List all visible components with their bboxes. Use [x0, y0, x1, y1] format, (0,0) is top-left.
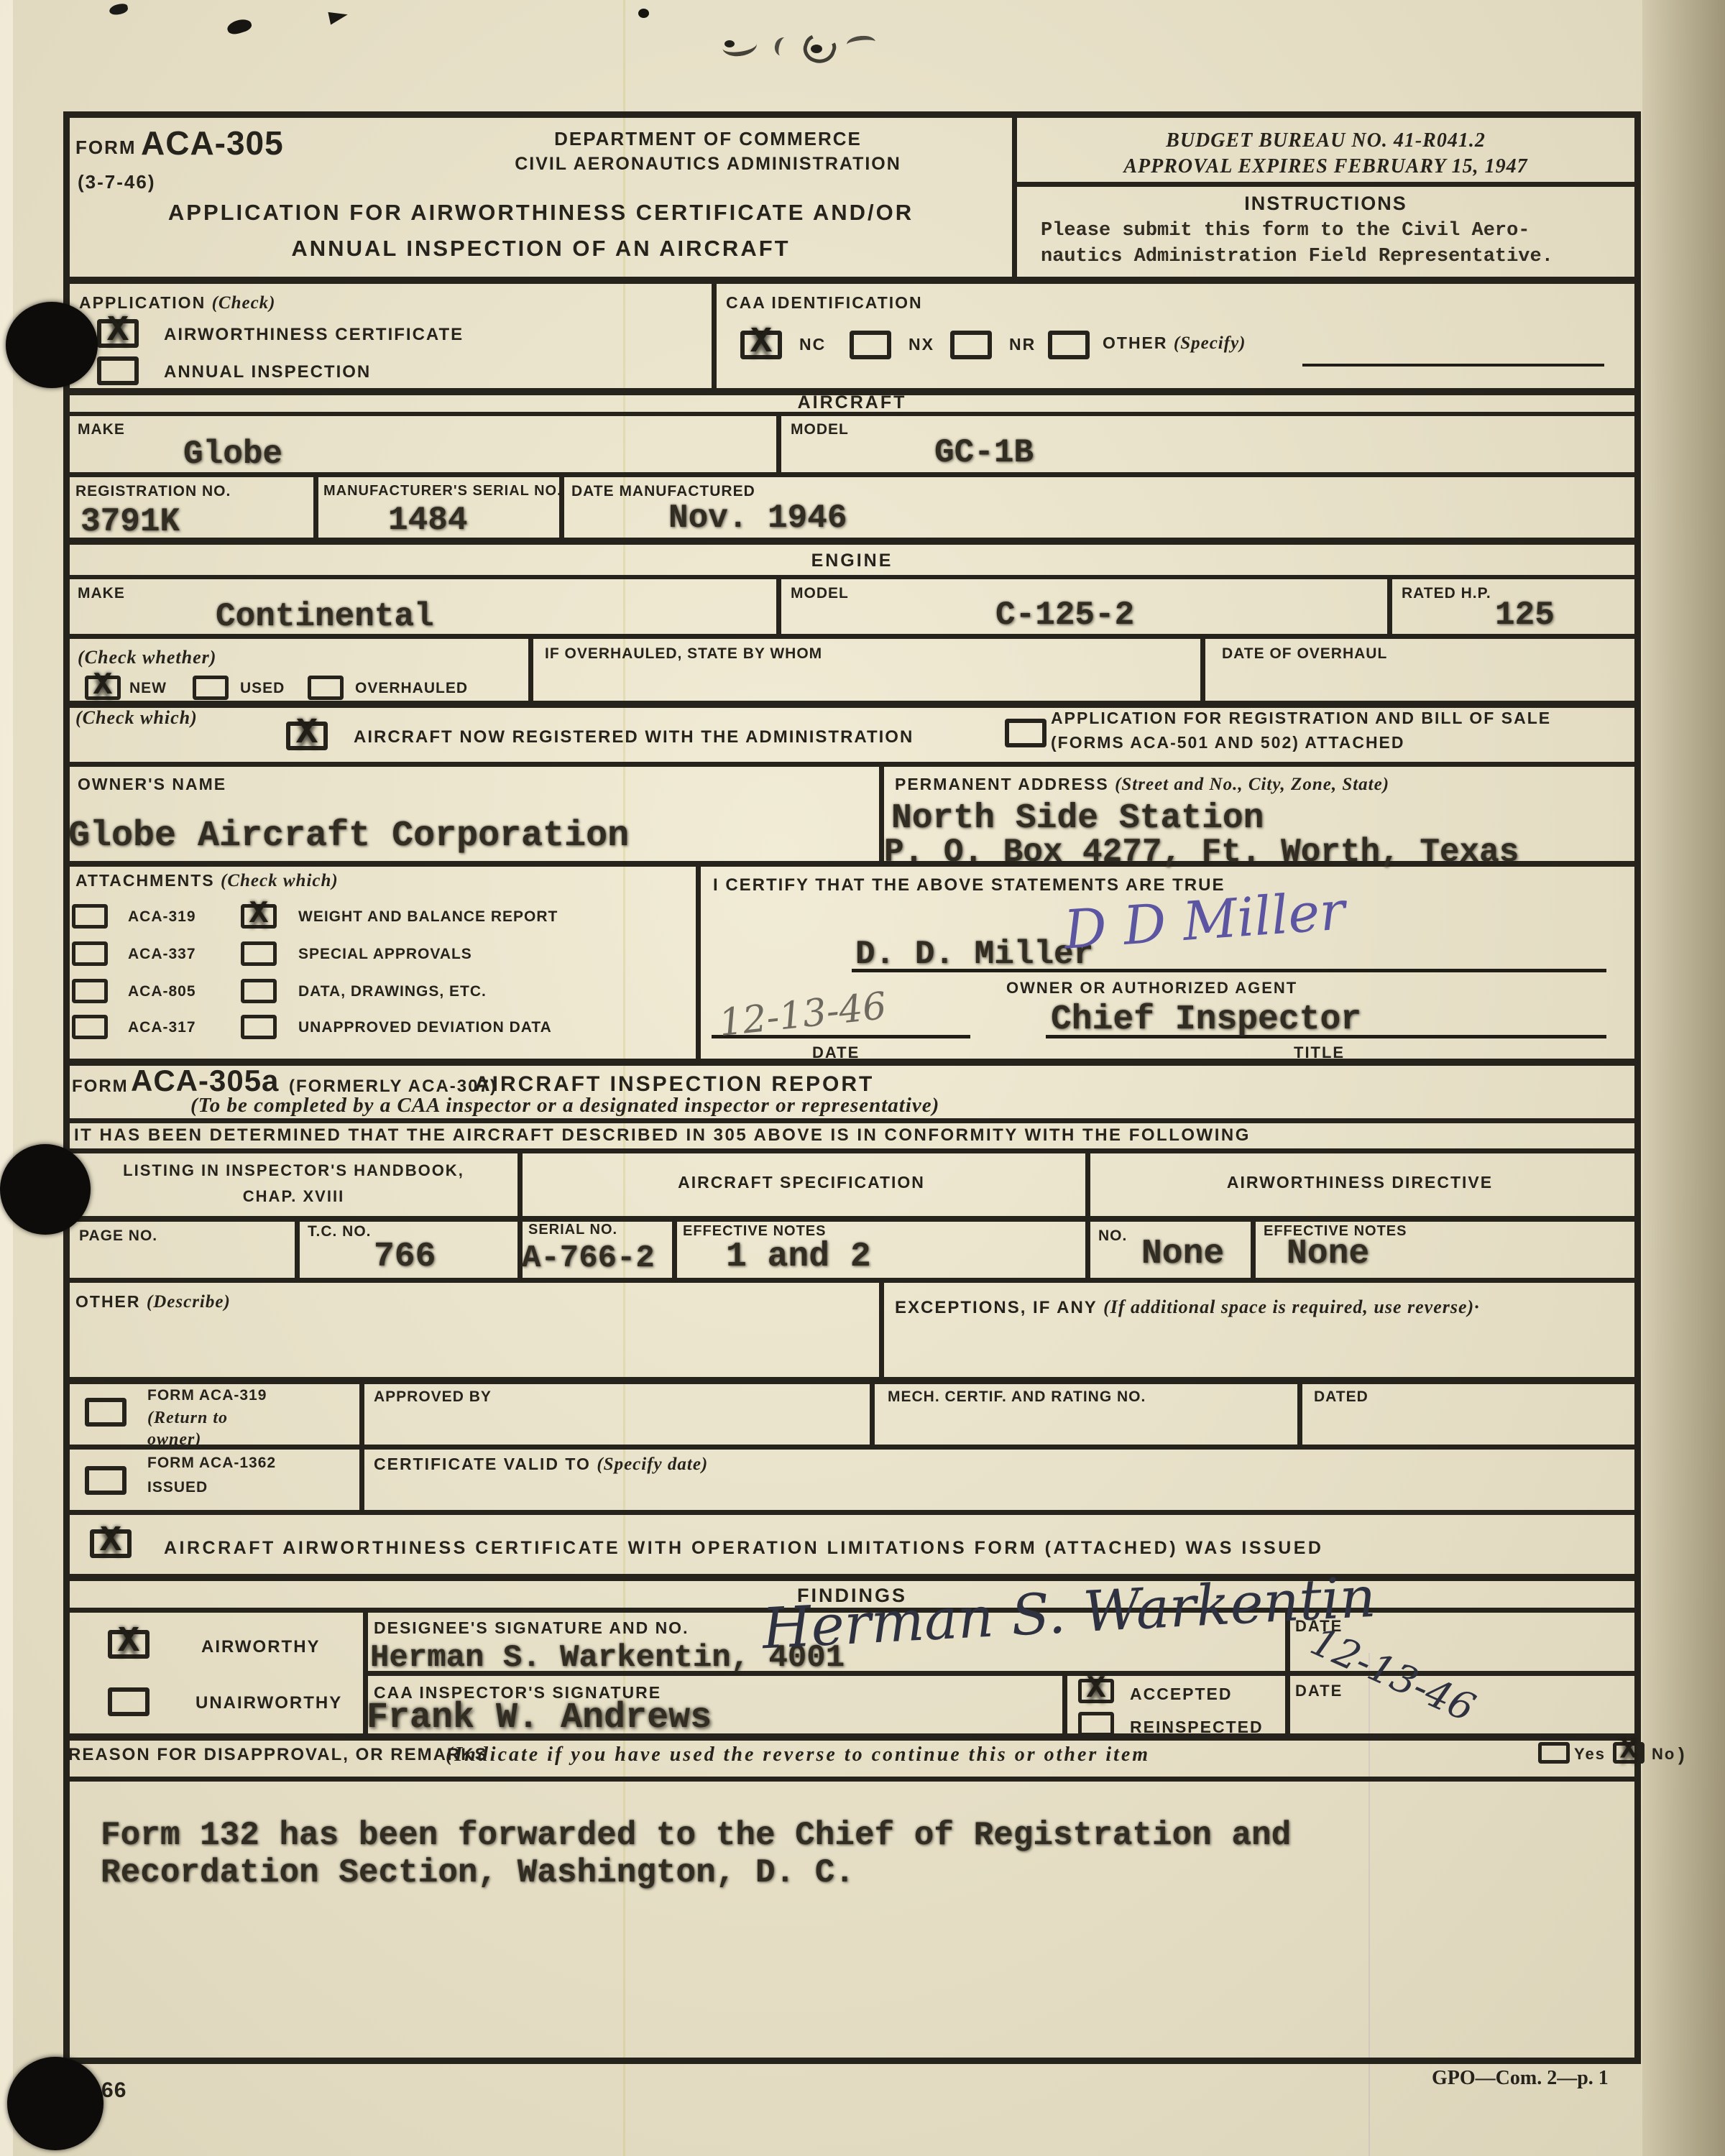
- rule: [879, 767, 884, 861]
- exceptions-italic: (If additional space is required, use re…: [1103, 1296, 1480, 1317]
- rule: [1200, 639, 1205, 701]
- rule: [70, 1118, 1634, 1123]
- approved-by-label: APPROVED BY: [374, 1388, 492, 1406]
- checkbox-nr[interactable]: [950, 331, 992, 359]
- check-mark-icon: X: [1620, 1735, 1637, 1767]
- cert-issued-label: AIRCRAFT AIRWORTHINESS CERTIFICATE WITH …: [164, 1538, 1323, 1559]
- bill-of-sale-label-line2: (FORMS ACA-501 AND 502) ATTACHED: [1051, 733, 1405, 752]
- tc-no-label: T.C. NO.: [308, 1223, 372, 1240]
- checkbox-engine-new[interactable]: X: [85, 676, 121, 700]
- checkbox-special-approvals[interactable]: [241, 941, 277, 966]
- other-label: OTHER (Specify): [1103, 333, 1246, 354]
- no-label: No: [1652, 1745, 1675, 1764]
- ink-dot: [724, 40, 735, 47]
- checkbox-aca-337[interactable]: [72, 941, 108, 966]
- accepted-label: ACCEPTED: [1130, 1685, 1233, 1704]
- rule: [70, 472, 1634, 477]
- form-aca-319-label: FORM ACA-319: [147, 1387, 267, 1404]
- 305a-form-word: FORM: [72, 1077, 129, 1097]
- rule: [70, 575, 1634, 579]
- checkbox-nc[interactable]: X: [740, 331, 782, 359]
- permanent-address-label-italic: (Street and No., City, Zone, State): [1115, 775, 1389, 794]
- checkbox-form-aca-1362[interactable]: [85, 1466, 126, 1495]
- engine-make-value[interactable]: Continental: [216, 598, 434, 635]
- page-title-line2: ANNUAL INSPECTION OF AN AIRCRAFT: [70, 236, 1012, 262]
- rule: [70, 538, 1634, 545]
- page-title-line1: APPLICATION FOR AIRWORTHINESS CERTIFICAT…: [70, 200, 1012, 226]
- hole-punch: [6, 302, 98, 388]
- listing-header-line1: LISTING IN INSPECTOR'S HANDBOOK,: [70, 1161, 517, 1180]
- checkbox-engine-used[interactable]: [193, 676, 229, 700]
- hole-punch: [7, 2057, 103, 2150]
- rule: [1251, 1222, 1256, 1278]
- check-mark-icon: X: [249, 896, 268, 932]
- form-number: ACA-305: [141, 124, 284, 162]
- certificate-valid-to-italic: (Specify date): [597, 1455, 708, 1474]
- aircraft-section-title: AIRCRAFT: [70, 392, 1634, 413]
- rule: [70, 277, 1634, 284]
- aircraft-model-label: MODEL: [791, 421, 849, 438]
- form-aca-1362-issued: ISSUED: [147, 1479, 208, 1496]
- rule: [70, 1278, 1634, 1283]
- ink-mark: [226, 17, 253, 37]
- checkbox-aircraft-registered[interactable]: X: [286, 722, 328, 750]
- dated-label: DATED: [1314, 1388, 1368, 1406]
- checkbox-aca-805[interactable]: [72, 979, 108, 1003]
- caa-identification-label: CAA IDENTIFICATION: [726, 293, 923, 313]
- mfr-serial-label: MANUFACTURER'S SERIAL NO.: [323, 483, 562, 499]
- check-mark-icon: X: [296, 713, 318, 754]
- engine-new-label: NEW: [129, 680, 167, 697]
- rule: [879, 1283, 884, 1377]
- serial-no-label: SERIAL NO.: [528, 1222, 617, 1238]
- engine-section-title: ENGINE: [70, 550, 1634, 571]
- exceptions-text: EXCEPTIONS, IF ANY: [895, 1298, 1097, 1317]
- rule: [776, 416, 781, 472]
- caa-inspector-signature-typed[interactable]: Frank W. Andrews: [367, 1697, 712, 1738]
- other-describe-italic: (Describe): [147, 1292, 231, 1312]
- check-mark-icon: X: [93, 668, 112, 704]
- checkbox-reinspected[interactable]: [1078, 1712, 1114, 1736]
- checkbox-nx[interactable]: [850, 331, 891, 359]
- findings-date2-label: DATE: [1295, 1682, 1343, 1700]
- instructions-title: INSTRUCTIONS: [1017, 193, 1634, 215]
- designee-signature-label: DESIGNEE'S SIGNATURE AND NO.: [374, 1618, 689, 1638]
- rule: [70, 1574, 1634, 1581]
- rated-hp-label: RATED H.P.: [1402, 585, 1491, 602]
- check-mark-icon: X: [1087, 1671, 1105, 1707]
- rule: [313, 477, 318, 538]
- application-label-italic: (Check): [212, 293, 276, 313]
- listing-header-line2: CHAP. XVIII: [70, 1187, 517, 1206]
- directive-no-value[interactable]: None: [1141, 1235, 1224, 1273]
- ink-dot: [811, 45, 822, 53]
- rule: [70, 1148, 1634, 1153]
- attachments-label-text: ATTACHMENTS: [75, 871, 215, 890]
- date-of-overhaul-label: DATE OF OVERHAUL: [1222, 645, 1387, 663]
- ink-arrow-mark: [328, 8, 349, 24]
- reason-label-italic: (Indicate if you have used the reverse t…: [446, 1743, 1150, 1766]
- other-describe-text: OTHER: [75, 1292, 141, 1311]
- budget-bureau-line1: BUDGET BUREAU NO. 41-R041.2: [1017, 129, 1634, 152]
- checkbox-unapproved-deviation[interactable]: [241, 1015, 277, 1039]
- aircraft-make-label: MAKE: [78, 421, 125, 438]
- nr-label: NR: [1009, 335, 1036, 354]
- owner-signature-typed: D. D. Miller: [855, 936, 1093, 973]
- rule: [696, 867, 701, 1059]
- page-no-label: PAGE NO.: [79, 1227, 157, 1245]
- special-approvals-label: SPECIAL APPROVALS: [298, 946, 472, 963]
- rule: [295, 1222, 300, 1278]
- checkbox-annual-inspection[interactable]: [97, 356, 139, 385]
- engine-overhauled-label: OVERHAULED: [355, 680, 468, 697]
- checkbox-aca-317[interactable]: [72, 1015, 108, 1039]
- checkbox-aca-319[interactable]: [72, 904, 108, 929]
- ink-mark: [109, 3, 129, 16]
- 305a-form-number: ACA-305a: [131, 1064, 279, 1098]
- owners-name-value[interactable]: Globe Aircraft Corporation: [68, 816, 629, 857]
- certify-statement: I CERTIFY THAT THE ABOVE STATEMENTS ARE …: [713, 875, 1225, 895]
- owner-or-agent-label: OWNER OR AUTHORIZED AGENT: [1006, 979, 1297, 998]
- instructions-line1: Please submit this form to the Civil Aer…: [1041, 220, 1530, 241]
- scanned-form-page: FORM ACA-305 (3-7-46) DEPARTMENT OF COMM…: [0, 0, 1725, 2156]
- rated-hp-value[interactable]: 125: [1495, 596, 1555, 634]
- permanent-address-label: PERMANENT ADDRESS (Street and No., City,…: [895, 775, 1389, 795]
- aircraft-specification-header: AIRCRAFT SPECIFICATION: [517, 1173, 1085, 1192]
- aca-317-label: ACA-317: [128, 1019, 196, 1036]
- rule: [70, 1216, 1634, 1222]
- rule: [1297, 1382, 1302, 1445]
- aca-805-label: ACA-805: [128, 983, 196, 1000]
- other-specify-line[interactable]: [1302, 364, 1604, 367]
- other-label-text: OTHER: [1103, 333, 1168, 352]
- check-mark-icon: X: [107, 310, 129, 351]
- airworthiness-certificate-label: AIRWORTHINESS CERTIFICATE: [164, 325, 464, 345]
- form-aca-319-return1: (Return to: [147, 1409, 228, 1428]
- rule: [70, 701, 1634, 708]
- rule: [528, 639, 533, 701]
- mfr-serial-value[interactable]: 1484: [388, 502, 467, 539]
- rule: [672, 1222, 677, 1278]
- checkbox-cert-issued[interactable]: X: [90, 1529, 132, 1558]
- check-mark-icon: X: [118, 1621, 139, 1662]
- certify-title-label: TITLE: [1294, 1044, 1345, 1062]
- check-mark-icon: X: [750, 322, 772, 363]
- data-drawings-label: DATA, DRAWINGS, ETC.: [298, 983, 487, 1000]
- budget-bureau-line2: APPROVAL EXPIRES FEBRUARY 15, 1947: [1017, 155, 1634, 178]
- permanent-address-label-text: PERMANENT ADDRESS: [895, 775, 1109, 793]
- reason-label: REASON FOR DISAPPROVAL, OR REMARKS: [68, 1745, 488, 1765]
- owners-name-label: OWNER'S NAME: [78, 775, 226, 794]
- certificate-valid-to-label: CERTIFICATE VALID TO (Specify date): [374, 1455, 708, 1475]
- paper-edge-shadow: [1642, 0, 1725, 2156]
- annual-inspection-label: ANNUAL INSPECTION: [164, 362, 371, 382]
- airworthiness-directive-header: AIRWORTHINESS DIRECTIVE: [1085, 1173, 1634, 1192]
- certify-date-label: DATE: [812, 1044, 860, 1062]
- attachments-label-italic: (Check which): [221, 871, 339, 890]
- aca-337-label: ACA-337: [128, 946, 196, 963]
- rule: [1017, 182, 1634, 187]
- nc-label: NC: [799, 335, 826, 354]
- other-label-italic: (Specify): [1174, 333, 1246, 353]
- determination-statement: IT HAS BEEN DETERMINED THAT THE AIRCRAFT…: [74, 1125, 1251, 1146]
- rule: [70, 1733, 1634, 1741]
- certify-title-value[interactable]: Chief Inspector: [1051, 1000, 1361, 1039]
- aircraft-model-value[interactable]: GC-1B: [934, 434, 1034, 471]
- exceptions-label: EXCEPTIONS, IF ANY (If additional space …: [895, 1289, 1606, 1326]
- rule: [359, 1382, 364, 1510]
- aircraft-make-value[interactable]: Globe: [183, 436, 282, 473]
- form-aca-1362-label: FORM ACA-1362: [147, 1455, 276, 1472]
- rule: [870, 1382, 875, 1445]
- pencil-scribble: [846, 34, 876, 52]
- checkbox-weight-balance-report[interactable]: X: [241, 904, 277, 929]
- checkbox-engine-overhauled[interactable]: [308, 676, 344, 700]
- engine-check-whether-label: (Check whether): [78, 647, 216, 668]
- ink-dot: [638, 9, 649, 18]
- checkbox-data-drawings[interactable]: [241, 979, 277, 1003]
- directive-notes-value[interactable]: None: [1287, 1235, 1369, 1273]
- checkbox-airworthy[interactable]: X: [108, 1630, 149, 1659]
- date-manufactured-label: DATE MANUFACTURED: [571, 483, 755, 500]
- bill-of-sale-label-line1: APPLICATION FOR REGISTRATION AND BILL OF…: [1051, 709, 1551, 728]
- form-aca-319-return2: owner): [147, 1430, 201, 1450]
- address-line2[interactable]: P. O. Box 4277, Ft. Worth, Texas: [884, 834, 1519, 871]
- check-which-label: (Check which): [75, 707, 198, 729]
- overhauled-by-whom-label: IF OVERHAULED, STATE BY WHOM: [545, 645, 822, 663]
- rule: [712, 283, 717, 388]
- rule: [70, 1377, 1634, 1384]
- check-mark-icon: X: [100, 1521, 121, 1562]
- effective-notes-value[interactable]: 1 and 2: [726, 1238, 871, 1276]
- aircraft-registered-label: AIRCRAFT NOW REGISTERED WITH THE ADMINIS…: [354, 727, 914, 747]
- attachments-label: ATTACHMENTS (Check which): [75, 871, 339, 891]
- application-label-text: APPLICATION: [79, 293, 206, 312]
- reason-close-paren: ): [1678, 1743, 1686, 1766]
- instructions-line2: nautics Administration Field Representat…: [1041, 246, 1553, 267]
- engine-model-value[interactable]: C-125-2: [995, 596, 1134, 634]
- mech-certif-label: MECH. CERTIF. AND RATING NO.: [888, 1388, 1146, 1406]
- other-describe-label: OTHER (Describe): [75, 1292, 231, 1312]
- rule: [1085, 1153, 1090, 1278]
- date-manufactured-value[interactable]: Nov. 1946: [668, 499, 847, 537]
- unapproved-deviation-label: UNAPPROVED DEVIATION DATA: [298, 1019, 552, 1036]
- tc-no-value[interactable]: 766: [374, 1238, 436, 1276]
- checkbox-yes[interactable]: [1538, 1742, 1570, 1764]
- rule: [70, 1445, 1634, 1450]
- rule: [1387, 579, 1392, 634]
- inspection-report-title: AIRCRAFT INSPECTION REPORT: [474, 1072, 874, 1097]
- rule: [776, 579, 781, 634]
- rule: [70, 1510, 1634, 1515]
- registration-no-value[interactable]: 3791K: [80, 503, 180, 540]
- checkbox-form-aca-319[interactable]: [85, 1398, 126, 1427]
- nx-label: NX: [908, 335, 934, 354]
- inspection-report-subtitle: (To be completed by a CAA inspector or a…: [190, 1094, 939, 1118]
- checkbox-airworthiness-certificate[interactable]: X: [97, 319, 139, 348]
- reinspected-label: REINSPECTED: [1130, 1718, 1264, 1737]
- checkbox-accepted[interactable]: X: [1078, 1679, 1114, 1703]
- checkbox-no[interactable]: X: [1613, 1742, 1644, 1764]
- checkbox-bill-of-sale[interactable]: [1005, 719, 1046, 747]
- rule: [70, 1777, 1634, 1782]
- form-revision: (3-7-46): [78, 171, 155, 193]
- certificate-valid-to-text: CERTIFICATE VALID TO: [374, 1455, 591, 1473]
- rule: [1062, 1676, 1067, 1733]
- administration-title: CIVIL AERONAUTICS ADMINISTRATION: [402, 154, 1013, 175]
- unairworthy-label: UNAIRWORTHY: [195, 1693, 342, 1713]
- checkbox-other[interactable]: [1048, 331, 1090, 359]
- directive-no-label: NO.: [1098, 1227, 1127, 1245]
- yes-label: Yes: [1574, 1745, 1606, 1764]
- registration-no-label: REGISTRATION NO.: [75, 483, 231, 500]
- pencil-scribble: [773, 36, 793, 58]
- address-line1[interactable]: North Side Station: [891, 799, 1264, 838]
- serial-no-value[interactable]: A-766-2: [522, 1240, 655, 1276]
- hole-punch: [0, 1144, 91, 1235]
- rule: [70, 762, 1634, 767]
- engine-make-label: MAKE: [78, 585, 125, 602]
- weight-balance-report-label: WEIGHT AND BALANCE REPORT: [298, 908, 558, 926]
- department-title: DEPARTMENT OF COMMERCE: [402, 128, 1013, 150]
- footer-gpo-imprint: GPO—Com. 2—p. 1: [1432, 2067, 1609, 2090]
- form-word-label: FORM: [75, 137, 137, 159]
- airworthy-label: AIRWORTHY: [201, 1637, 321, 1657]
- remarks-body-line1[interactable]: Form 132 has been forwarded to the Chief…: [101, 1817, 1291, 1854]
- engine-used-label: USED: [240, 680, 285, 697]
- engine-model-label: MODEL: [791, 585, 849, 602]
- aca-319-label: ACA-319: [128, 908, 196, 926]
- checkbox-unairworthy[interactable]: [108, 1687, 149, 1716]
- remarks-body-line2[interactable]: Recordation Section, Washington, D. C.: [101, 1854, 855, 1892]
